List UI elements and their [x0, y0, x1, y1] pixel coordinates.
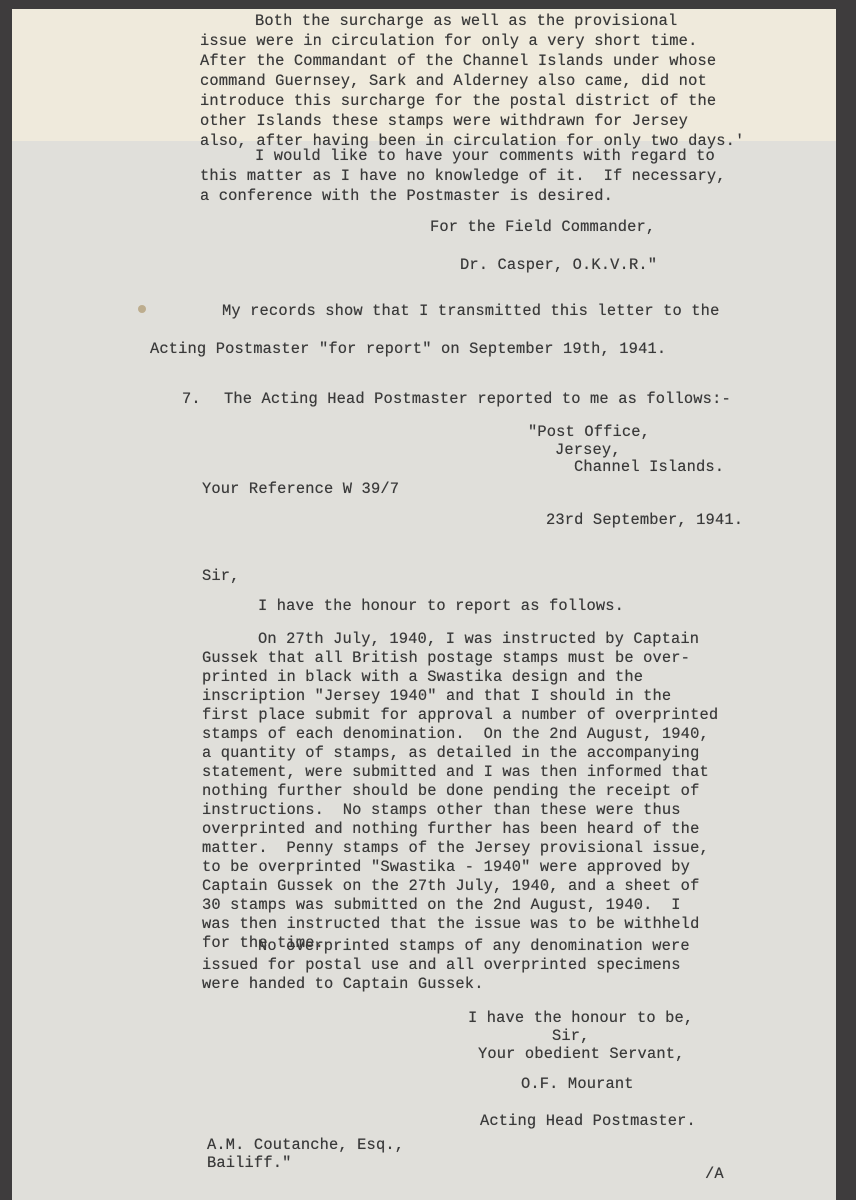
text-line: stamps of each denomination. On the 2nd …: [202, 724, 709, 744]
signatory-name: O.F. Mourant: [521, 1074, 634, 1094]
text-line: matter. Penny stamps of the Jersey provi…: [202, 838, 709, 858]
text-line: command Guernsey, Sark and Alderney also…: [200, 71, 707, 91]
letter-date: 23rd September, 1941.: [546, 510, 743, 530]
closing-line: Sir,: [552, 1026, 590, 1046]
text-line: issue were in circulation for only a ver…: [200, 31, 697, 51]
text-line: nothing further should be done pending t…: [202, 781, 699, 801]
text-line: I would like to have your comments with …: [255, 146, 715, 166]
text-line: printed in black with a Swastika design …: [202, 667, 643, 687]
field-commander-name: Dr. Casper, O.K.V.R.": [460, 255, 657, 275]
text-line: statement, were submitted and I was then…: [202, 762, 709, 782]
text-line: On 27th July, 1940, I was instructed by …: [258, 629, 699, 649]
text-line: overprinted and nothing further has been…: [202, 819, 699, 839]
address-line: "Post Office,: [528, 422, 650, 442]
text-line: inscription "Jersey 1940" and that I sho…: [202, 686, 671, 706]
records-note-line-1: My records show that I transmitted this …: [222, 301, 719, 321]
text-line: a conference with the Postmaster is desi…: [200, 186, 613, 206]
field-commander-line: For the Field Commander,: [430, 217, 655, 237]
text-line: this matter as I have no knowledge of it…: [200, 166, 726, 186]
text-line: to be overprinted "Swastika - 1940" were…: [202, 857, 690, 877]
letter-reference: Your Reference W 39/7: [202, 479, 399, 499]
text-line: issued for postal use and all overprinte…: [202, 955, 681, 975]
letter-salutation: Sir,: [202, 566, 240, 586]
document-page: Both the surcharge as well as the provis…: [12, 9, 836, 1200]
section-heading: The Acting Head Postmaster reported to m…: [224, 389, 731, 409]
text-line: Gussek that all British postage stamps m…: [202, 648, 690, 668]
signatory-title: Acting Head Postmaster.: [480, 1111, 696, 1131]
letter-opening: I have the honour to report as follows.: [258, 596, 624, 616]
records-note-line-2: Acting Postmaster "for report" on Septem…: [150, 339, 666, 359]
text-line: 30 stamps was submitted on the 2nd Augus…: [202, 895, 681, 915]
text-line: a quantity of stamps, as detailed in the…: [202, 743, 699, 763]
text-line: After the Commandant of the Channel Isla…: [200, 51, 716, 71]
text-line: introduce this surcharge for the postal …: [200, 91, 716, 111]
text-line: were handed to Captain Gussek.: [202, 974, 484, 994]
text-line: No overprinted stamps of any denominatio…: [258, 936, 690, 956]
paper-stain: [138, 305, 146, 313]
addressee-line: Bailiff.": [207, 1153, 291, 1173]
section-number: 7.: [182, 389, 201, 409]
text-line: first place submit for approval a number…: [202, 705, 718, 725]
closing-line: Your obedient Servant,: [478, 1044, 685, 1064]
text-line: Both the surcharge as well as the provis…: [255, 11, 677, 31]
address-line: Channel Islands.: [574, 457, 724, 477]
addressee-line: A.M. Coutanche, Esq.,: [207, 1135, 404, 1155]
text-line: Captain Gussek on the 27th July, 1940, a…: [202, 876, 699, 896]
text-line: instructions. No stamps other than these…: [202, 800, 681, 820]
text-line: other Islands these stamps were withdraw…: [200, 111, 688, 131]
text-line: was then instructed that the issue was t…: [202, 914, 699, 934]
closing-line: I have the honour to be,: [468, 1008, 693, 1028]
continuation-marker: /A: [705, 1164, 724, 1184]
